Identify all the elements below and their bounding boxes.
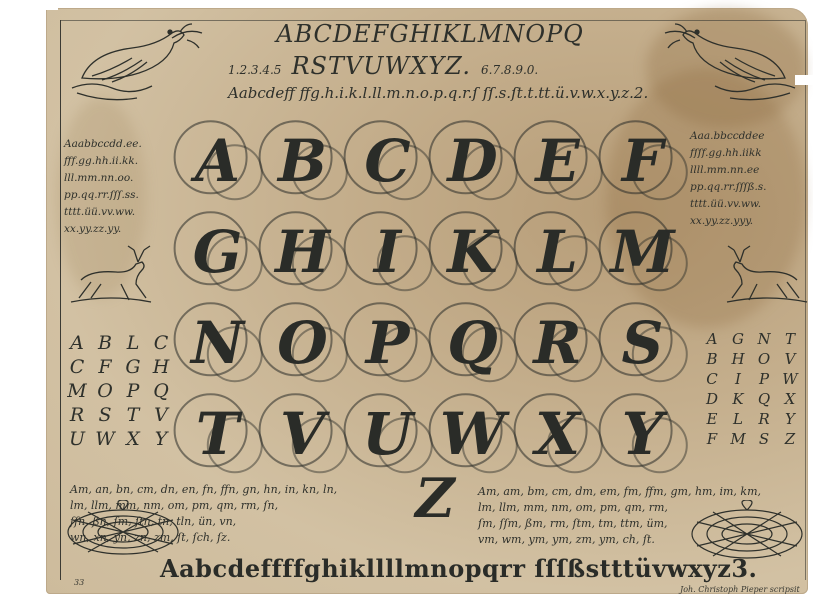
side-capital: L xyxy=(726,410,750,428)
capital-letter: V xyxy=(260,389,345,480)
lowercase-practice-right: Aaa.bbccddee fſſf.gg.hh.iikk llll.mm.nn.… xyxy=(690,128,767,230)
capital-letter: N xyxy=(175,298,260,389)
capital-letter: X xyxy=(515,389,600,480)
capital-letter: M xyxy=(600,206,685,297)
side-capital: C xyxy=(64,356,90,378)
capital-letter: C xyxy=(345,115,430,206)
side-capitals-left: A B L C C F G H M O P Q R S T V U W X Y xyxy=(64,332,174,450)
side-capital: O xyxy=(752,350,776,368)
side-capital: Q xyxy=(752,390,776,408)
side-capital: V xyxy=(778,350,802,368)
side-capital: F xyxy=(700,430,724,448)
bird-icon xyxy=(655,18,805,108)
numbers-right: 6.7.8.9.0. xyxy=(481,63,538,77)
numbers-left: 1.2.3.4.5 xyxy=(228,63,281,77)
side-capital: D xyxy=(700,390,724,408)
side-capital: R xyxy=(64,404,90,426)
side-capitals-right: A G N T B H O V C I P W D K Q X E L R Y … xyxy=(700,330,802,448)
side-capital: O xyxy=(92,380,118,402)
capitals-row-1: ABCDEFGHIKLMNOPQ xyxy=(220,20,640,48)
side-capital: P xyxy=(752,370,776,388)
capital-letter: P xyxy=(345,298,430,389)
frame-line-left xyxy=(60,20,61,580)
side-capital: B xyxy=(700,350,724,368)
capital-letter: H xyxy=(260,206,345,297)
side-capital: L xyxy=(120,332,146,354)
capital-letter: G xyxy=(175,206,260,297)
side-capital: V xyxy=(148,404,174,426)
side-capital: X xyxy=(778,390,802,408)
side-capital: A xyxy=(700,330,724,348)
stag-icon xyxy=(722,240,812,310)
side-capital: N xyxy=(752,330,776,348)
capital-letter: S xyxy=(600,298,685,389)
paper-tear xyxy=(46,0,58,10)
capital-letter: Q xyxy=(430,298,515,389)
side-capital: P xyxy=(120,380,146,402)
lowercase-practice-left: Aaabbccdd.ee. fff.gg.hh.ii.kk. lll.mm.nn… xyxy=(64,136,142,238)
side-capital: H xyxy=(148,356,174,378)
side-capital: M xyxy=(64,380,90,402)
side-capital: C xyxy=(700,370,724,388)
page-mark: 33 xyxy=(74,578,84,587)
side-capital: F xyxy=(92,356,118,378)
capitals-r-z: RSTVUWXYZ. xyxy=(291,52,471,80)
knotwork-flourish-icon xyxy=(58,500,188,560)
side-capital: R xyxy=(752,410,776,428)
capital-letter: Y xyxy=(600,389,685,480)
side-capital: C xyxy=(148,332,174,354)
capital-letter: A xyxy=(175,115,260,206)
side-capital: W xyxy=(92,428,118,450)
side-capital: S xyxy=(752,430,776,448)
side-capital: Z xyxy=(778,430,802,448)
side-capital: M xyxy=(726,430,750,448)
capital-letter: T xyxy=(175,389,260,480)
lowercase-row: Aabcdeff ffg.h.i.k.l.ll.m.n.o.p.q.r.ſ ſſ… xyxy=(228,84,648,102)
capital-letter: O xyxy=(260,298,345,389)
side-capital: A xyxy=(64,332,90,354)
capital-letter: F xyxy=(600,115,685,206)
side-capital: H xyxy=(726,350,750,368)
side-capital: E xyxy=(700,410,724,428)
side-capital: I xyxy=(726,370,750,388)
capitals-row-2: 1.2.3.4.5 RSTVUWXYZ. 6.7.8.9.0. xyxy=(228,52,640,80)
capital-letter: E xyxy=(515,115,600,206)
capital-letter: B xyxy=(260,115,345,206)
capital-letter: D xyxy=(430,115,515,206)
side-capital: X xyxy=(120,428,146,450)
ornamental-capitals-grid: A B C D E F G H I K L M N O P Q R S T V … xyxy=(175,115,685,480)
side-capital: G xyxy=(120,356,146,378)
side-capital: T xyxy=(778,330,802,348)
side-capital: T xyxy=(120,404,146,426)
signature: Joh. Christoph Pieper scripsit xyxy=(680,585,800,594)
side-capital: K xyxy=(726,390,750,408)
capital-letter: R xyxy=(515,298,600,389)
side-capital: U xyxy=(64,428,90,450)
side-capital: Q xyxy=(148,380,174,402)
side-capital: Y xyxy=(778,410,802,428)
side-capital: G xyxy=(726,330,750,348)
bird-icon xyxy=(62,18,212,108)
side-capital: B xyxy=(92,332,118,354)
capital-letter-z: Z xyxy=(405,458,465,538)
side-capital: S xyxy=(92,404,118,426)
capital-letter: L xyxy=(515,206,600,297)
capital-letter: K xyxy=(430,206,515,297)
stag-icon xyxy=(66,240,156,310)
side-capital: Y xyxy=(148,428,174,450)
side-capital: W xyxy=(778,370,802,388)
capital-letter: I xyxy=(345,206,430,297)
gothic-alphabet-row: Aabcdeffffghikllllmnopqrr ſſſßstttüvwxyz… xyxy=(160,554,660,583)
